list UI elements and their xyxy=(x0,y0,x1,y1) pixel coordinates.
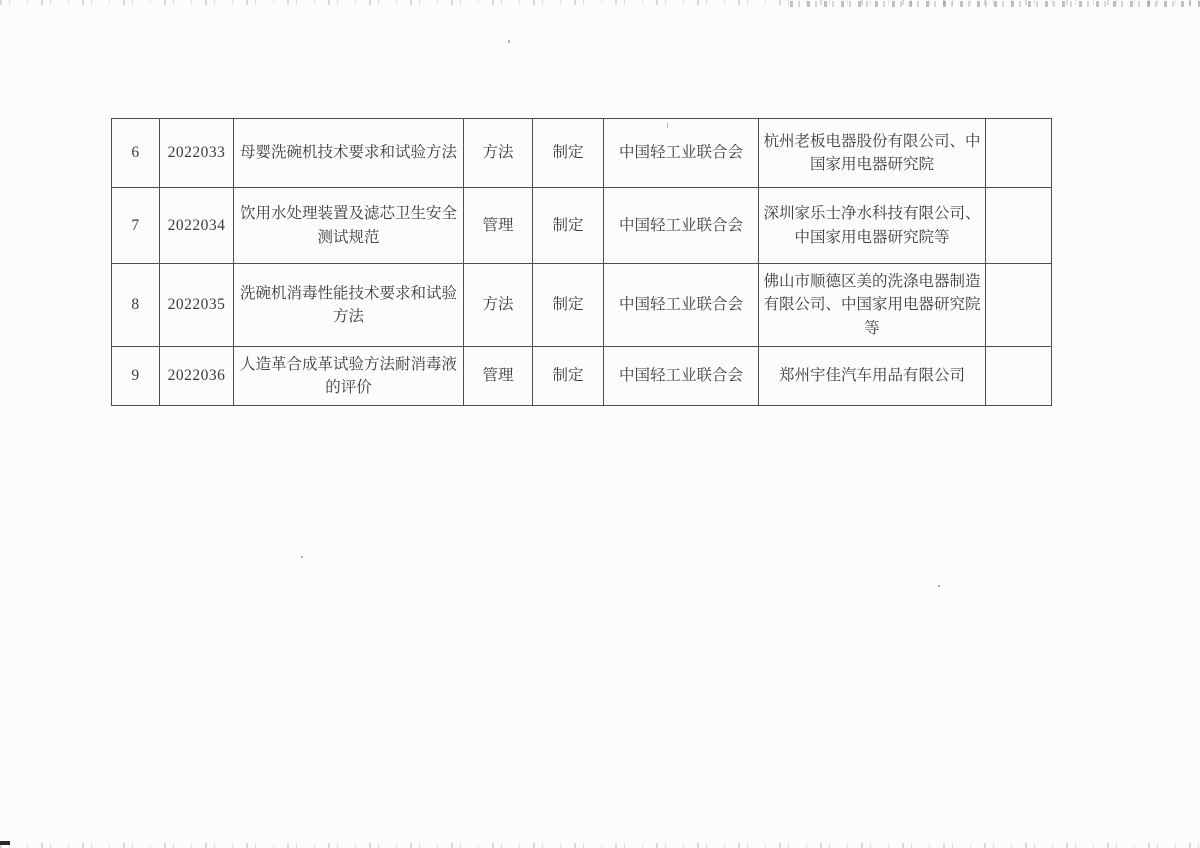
scan-mark-bottom-left xyxy=(0,841,10,845)
cell-org: 中国轻工业联合会 xyxy=(604,264,759,347)
cell-units: 杭州老板电器股份有限公司、中国家用电器研究院 xyxy=(759,119,986,188)
cell-note xyxy=(986,188,1052,264)
scan-speck xyxy=(508,40,510,43)
cell-action: 制定 xyxy=(533,188,604,264)
cell-code: 2022035 xyxy=(160,264,234,347)
cell-units: 郑州宇佳汽车用品有限公司 xyxy=(759,347,986,406)
table-row: 72022034饮用水处理装置及滤芯卫生安全测试规范管理制定中国轻工业联合会深圳… xyxy=(112,188,1052,264)
cell-seq: 8 xyxy=(112,264,160,347)
cell-org: 中国轻工业联合会 xyxy=(604,188,759,264)
scan-speck xyxy=(938,585,940,587)
cell-action: 制定 xyxy=(533,119,604,188)
cell-note xyxy=(986,347,1052,406)
cell-seq: 7 xyxy=(112,188,160,264)
cell-code: 2022034 xyxy=(160,188,234,264)
table-row: 62022033母婴洗碗机技术要求和试验方法方法制定中国轻工业联合会杭州老板电器… xyxy=(112,119,1052,188)
cell-name: 母婴洗碗机技术要求和试验方法 xyxy=(234,119,464,188)
cell-units: 深圳家乐士净水科技有限公司、中国家用电器研究院等 xyxy=(759,188,986,264)
cell-action: 制定 xyxy=(533,264,604,347)
cell-name: 洗碗机消毒性能技术要求和试验方法 xyxy=(234,264,464,347)
table-row: 92022036人造革合成革试验方法耐消毒液的评价管理制定中国轻工业联合会郑州宇… xyxy=(112,347,1052,406)
scan-speck xyxy=(301,556,303,558)
cell-note xyxy=(986,264,1052,347)
cell-org: 中国轻工业联合会 xyxy=(604,347,759,406)
cell-name: 人造革合成革试验方法耐消毒液的评价 xyxy=(234,347,464,406)
cell-type: 方法 xyxy=(464,264,533,347)
cell-name: 饮用水处理装置及滤芯卫生安全测试规范 xyxy=(234,188,464,264)
cell-seq: 6 xyxy=(112,119,160,188)
scan-noise-bottom xyxy=(0,843,1200,848)
cell-code: 2022036 xyxy=(160,347,234,406)
cell-note xyxy=(986,119,1052,188)
cell-type: 方法 xyxy=(464,119,533,188)
table-row: 82022035洗碗机消毒性能技术要求和试验方法方法制定中国轻工业联合会佛山市顺… xyxy=(112,264,1052,347)
cell-type: 管理 xyxy=(464,347,533,406)
standards-table: 62022033母婴洗碗机技术要求和试验方法方法制定中国轻工业联合会杭州老板电器… xyxy=(111,118,1052,406)
cell-action: 制定 xyxy=(533,347,604,406)
cell-seq: 9 xyxy=(112,347,160,406)
scan-noise-top-right xyxy=(790,1,1200,7)
cell-type: 管理 xyxy=(464,188,533,264)
cell-code: 2022033 xyxy=(160,119,234,188)
cell-units: 佛山市顺德区美的洗涤电器制造有限公司、中国家用电器研究院等 xyxy=(759,264,986,347)
cell-org: 中国轻工业联合会 xyxy=(604,119,759,188)
